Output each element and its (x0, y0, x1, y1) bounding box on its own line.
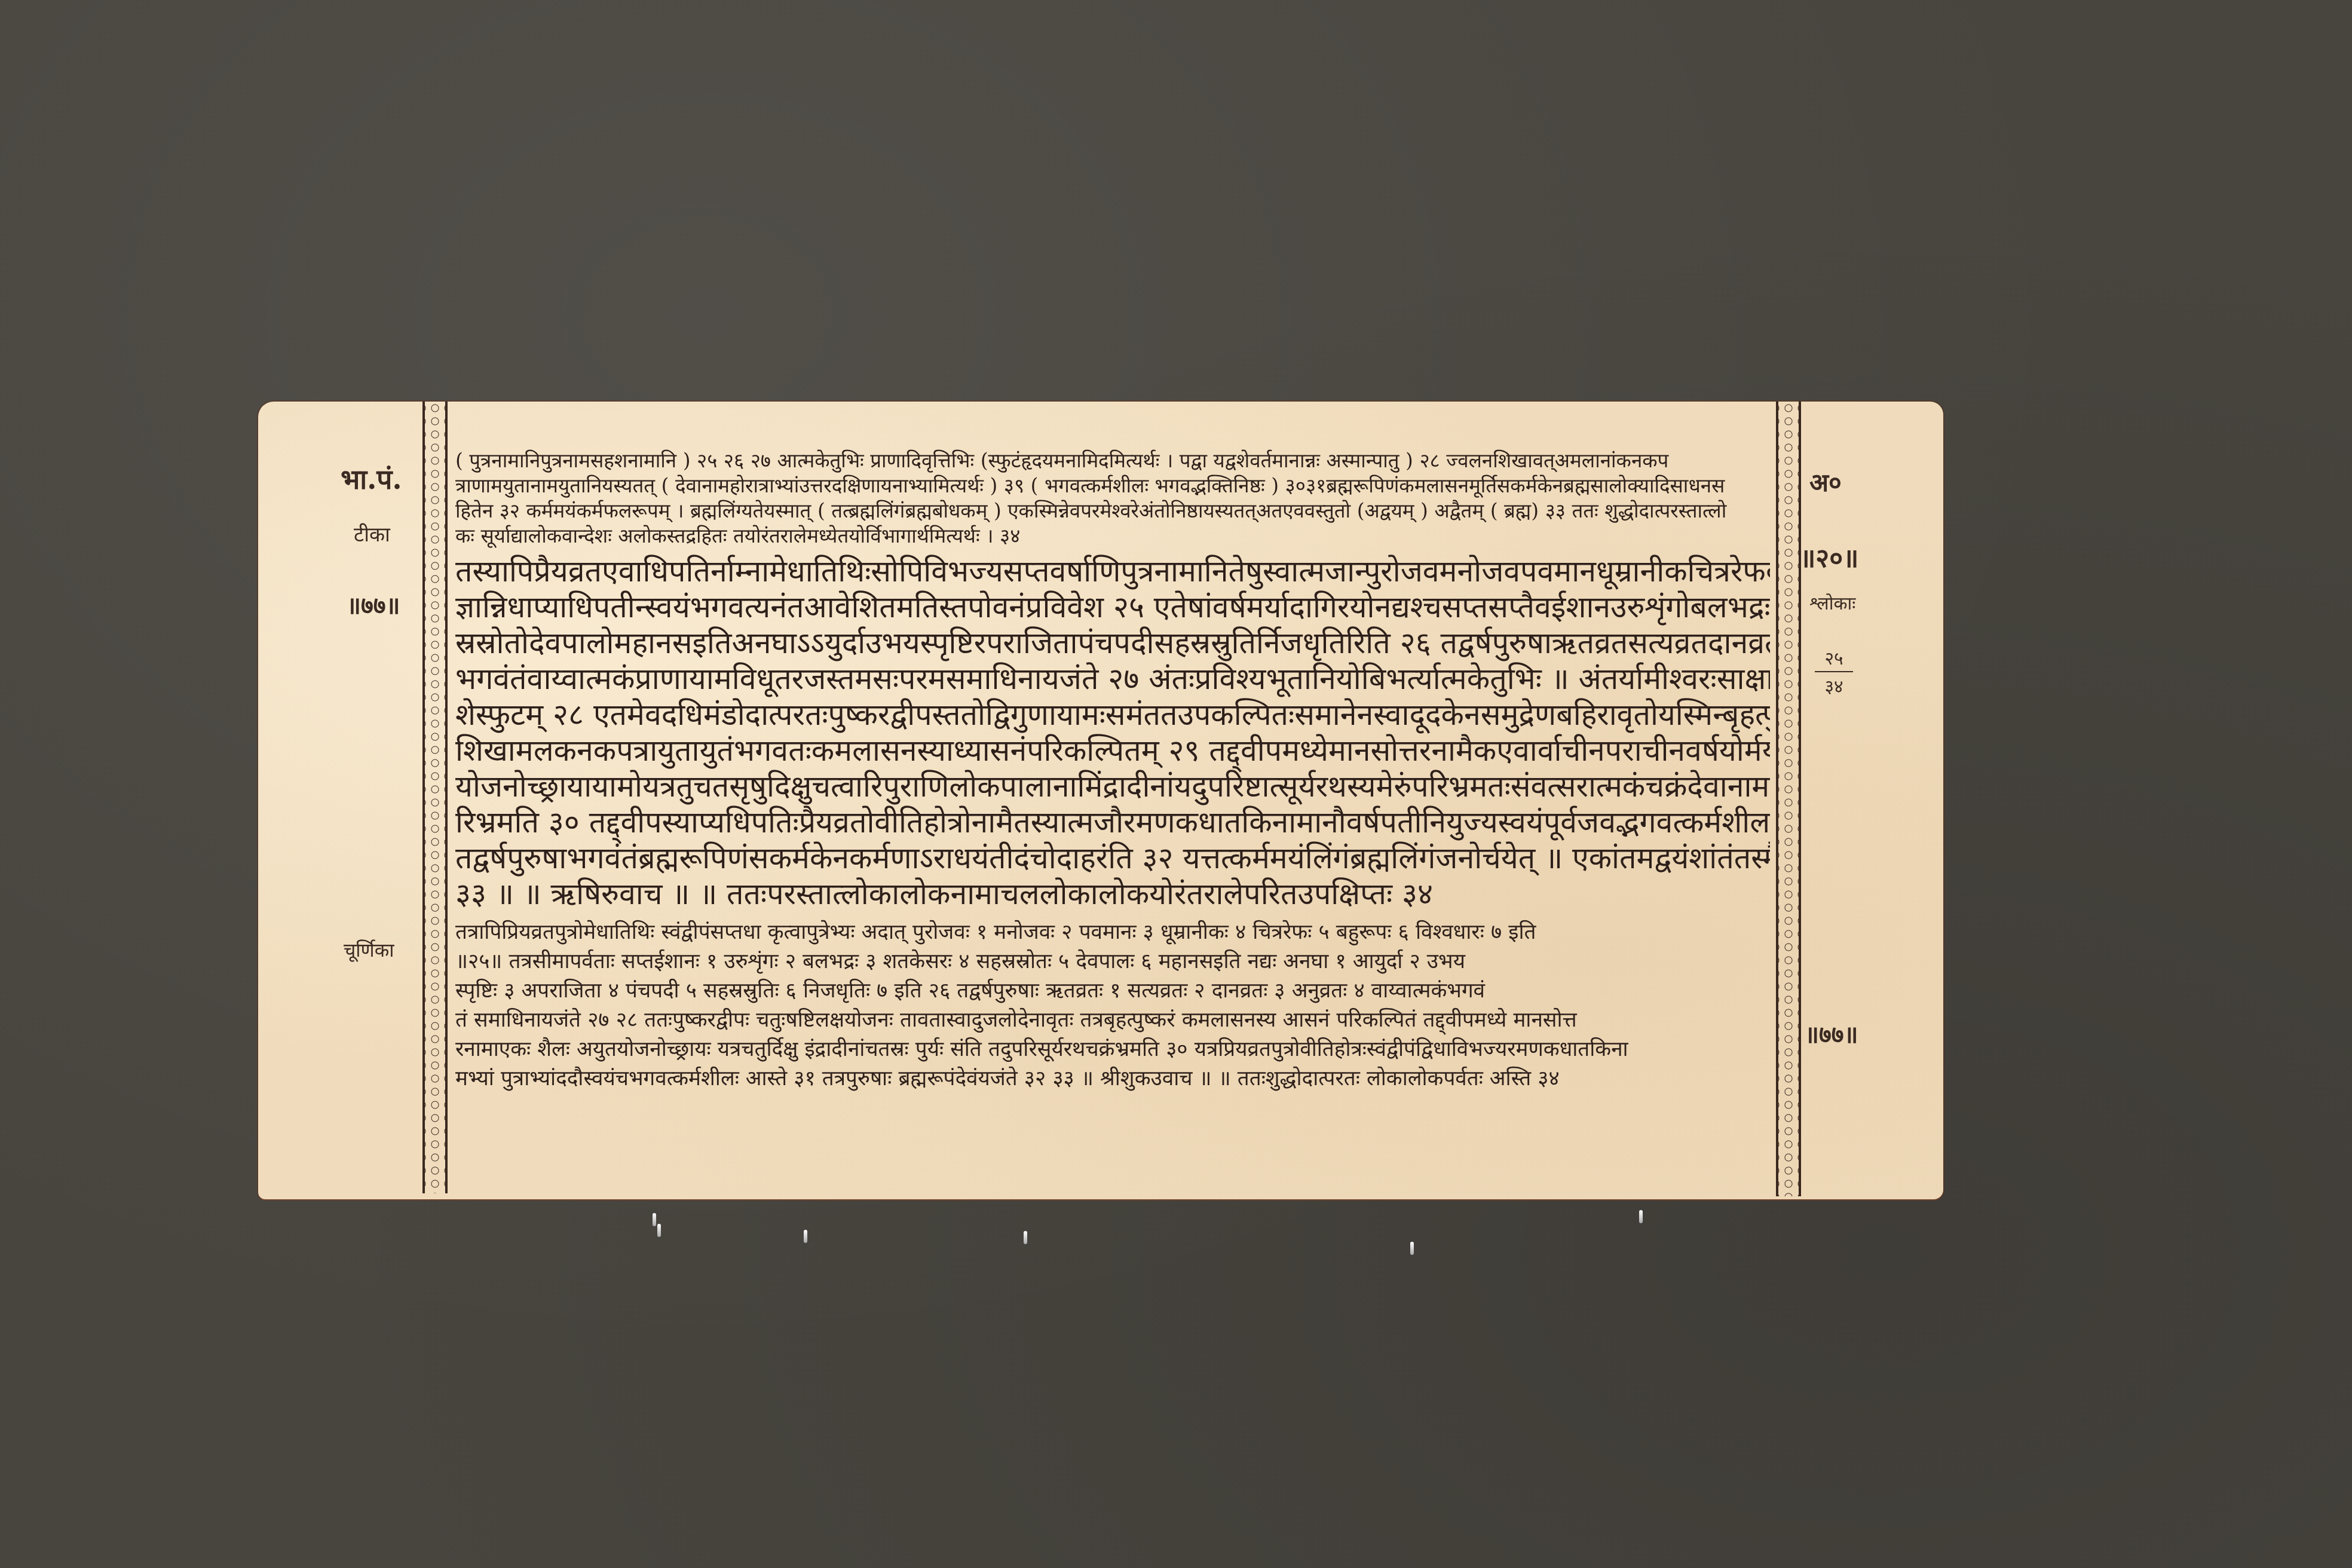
text-body: ( पुत्रनामानिपुत्रनामसहशनामानि ) २५ २६ २… (455, 448, 1770, 1094)
shloka-range: २५ ३४ (1815, 645, 1853, 698)
churnika-line: ॥२५॥ तत्रसीमापर्वताः सप्तईशानः १ उरुशृंग… (455, 947, 1770, 976)
churnika-label: चूर्णिका (344, 937, 394, 963)
mounting-pin (653, 1213, 656, 1226)
verse-line: स्रस्रोतोदेवपालोमहानसइतिअनघाऽऽयुर्दाउभयस… (455, 625, 1770, 661)
shloka-range-bottom: ३४ (1824, 676, 1843, 697)
mounting-pin (1024, 1231, 1027, 1244)
verse-line: तस्यापिप्रैयव्रतएवाधिपतिर्नाम्नामेधातिथि… (455, 553, 1770, 589)
verse-line: ज्ञान्निधाप्याधिपतीन्स्वयंभगवत्यनंतआवेशि… (455, 589, 1770, 625)
churnika-line: तं समाधिनायजंते २७ २८ ततःपुष्करद्वीपः चत… (455, 1006, 1770, 1035)
chapter-label: अ० (1809, 465, 1842, 499)
mounting-pin (1639, 1210, 1643, 1223)
commentary-line: हितेन ३२ कर्ममयंकर्मफलरूपम् । ब्रह्मलिंग… (455, 498, 1770, 523)
verse-line: रिभ्रमति ३० तद्द्वीपस्याप्यधिपतिःप्रैयव्… (455, 804, 1770, 840)
verse-line: भगवंतंवाय्वात्मकंप्राणायामविधूतरजस्तमसःप… (455, 661, 1770, 697)
verse-line: ३३ ॥ ॥ ऋषिरुवाच ॥ ॥ ततःपरस्तात्लोकालोकना… (455, 876, 1770, 912)
verse-line: तद्वर्षपुरुषाभगवंतंब्रह्मरूपिणंसकर्मकेनक… (455, 840, 1770, 876)
verse-line: शिखामलकनकपत्रायुतायुतंभगवतःकमलासनस्याध्य… (455, 733, 1770, 768)
decorative-border-right (1776, 402, 1801, 1196)
commentary-line: त्राणामयुतानामयुतानियस्यतत् ( देवानामहोर… (455, 473, 1770, 498)
commentary-line: ( पुत्रनामानिपुत्रनामसहशनामानि ) २५ २६ २… (455, 448, 1770, 473)
shloka-range-top: २५ (1824, 648, 1843, 669)
verse-line: योजनोच्छ्रायायामोयत्रतुचतसृषुदिक्षुचत्वा… (455, 768, 1770, 804)
mounting-pin (804, 1230, 807, 1243)
text-title-abbrev: भा.पं. (341, 460, 402, 497)
main-verse-text: तस्यापिप्रैयव्रतएवाधिपतिर्नाम्नामेधातिथि… (455, 553, 1770, 912)
churnika-line: रनामाएकः शैलः अयुतयोजनोच्छ्रायः यत्रचतुर… (455, 1035, 1770, 1064)
commentary-bottom: तत्रापिप्रियव्रतपुत्रोमेधातिथिः स्वंद्वी… (455, 918, 1770, 1094)
folio-number-right: ॥७७॥ (1805, 1017, 1858, 1050)
fraction-bar (1815, 671, 1853, 672)
folio-number-left: ॥७७॥ (347, 588, 400, 621)
shlokas-label: श्लोकाः (1809, 590, 1855, 615)
churnika-line: तत्रापिप्रियव्रतपुत्रोमेधातिथिः स्वंद्वी… (455, 918, 1770, 947)
manuscript-page: भा.पं. टीका ॥७७॥ चूर्णिका अ० ॥२०॥ श्लोका… (258, 402, 1943, 1199)
commentary-top: ( पुत्रनामानिपुत्रनामसहशनामानि ) २५ २६ २… (455, 448, 1770, 549)
mounting-pin (657, 1224, 661, 1237)
tika-label: टीका (354, 520, 390, 547)
churnika-line: मभ्यां पुत्राभ्यांददौस्वयंचभगवत्कर्मशीलः… (455, 1064, 1770, 1094)
verse-line: शेस्फुटम् २८ एतमेवदधिमंडोदात्परतःपुष्करद… (455, 697, 1770, 733)
chapter-number: ॥२०॥ (1800, 539, 1858, 575)
mounting-pin (1410, 1242, 1414, 1255)
commentary-line: कः सूर्याद्यालोकवान्देशः अलोकस्तद्रहितः … (455, 523, 1770, 549)
decorative-border-left (422, 402, 448, 1193)
churnika-line: स्पृष्टिः ३ अपराजिता ४ पंचपदी ५ सहस्रस्र… (455, 976, 1770, 1006)
